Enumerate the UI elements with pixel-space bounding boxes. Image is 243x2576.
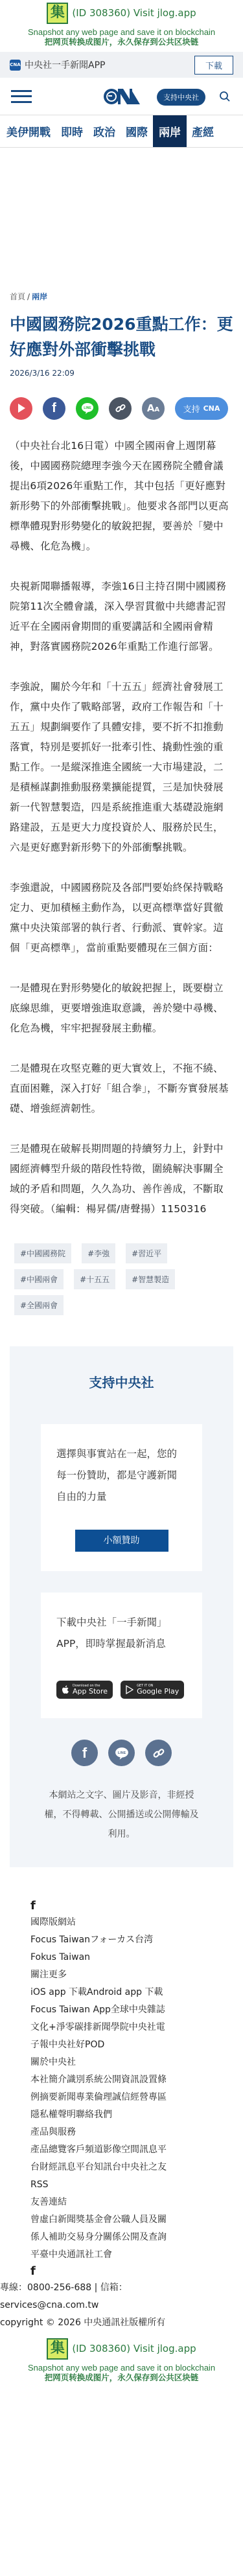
nav-item-politics[interactable]: 政治 (88, 115, 121, 147)
line-icon: LINE (115, 1747, 129, 1760)
jlog-id-text[interactable]: (ID 308360) Visit jlog.app (72, 7, 196, 19)
nav-item-cross-strait[interactable]: 兩岸 (153, 115, 187, 147)
site-header: 支持中央社 (0, 78, 243, 115)
facebook-icon[interactable]: f (30, 2264, 213, 2279)
tag-list: #中國國務院 #李強 #習近平 #中國兩會 #十五五 #智慧製造 #全國兩會 (0, 1239, 201, 1315)
app-store-big: App Store (73, 1688, 108, 1696)
footer-share-buttons: f LINE (10, 1740, 233, 1766)
copyright: copyright © 2026 中央通訊社版權所有 (0, 2314, 243, 2332)
footer-heading-about: 關於中央社 (30, 2054, 213, 2071)
google-play-icon (126, 1685, 133, 1694)
small-donation-button[interactable]: 小額贊助 (75, 1530, 168, 1552)
contact-email[interactable]: services@cna.com.tw (0, 2297, 243, 2314)
footer-link[interactable]: 例摘要新聞專業倫理誠信經營專區 (30, 2089, 213, 2106)
footer-link[interactable]: iOS app 下載Android app 下載 (30, 1984, 213, 2001)
category-nav: 美伊開戰 即時 政治 國際 兩岸 產經 (0, 115, 243, 148)
footer-link[interactable]: 曾虛白新聞獎基金會公職人員及關 (30, 2211, 213, 2229)
article-paragraph: 央視新聞聯播報導，李強16日主持召開中國國務院第11次全體會議，深入學習貫徹中共… (10, 577, 233, 657)
jlog-banner-top: 集 (ID 308360) Visit jlog.app Snapshot an… (0, 0, 243, 52)
cna-logo-icon[interactable] (104, 87, 140, 106)
contact-info: 專線：0800-256-688 | 信箱： services@cna.com.t… (0, 2279, 243, 2332)
svg-text:LINE: LINE (84, 406, 91, 410)
footer-link[interactable]: Fokus Taiwan (30, 1949, 213, 1966)
font-size-button[interactable]: AA (142, 397, 165, 420)
ad-placeholder (0, 148, 243, 288)
facebook-icon[interactable]: f (30, 1898, 213, 1914)
copy-link-button[interactable] (109, 397, 132, 420)
support-heading: 支持中央社 (10, 1372, 233, 1424)
cna-app-logo-icon: CNA (10, 60, 21, 71)
article-date: 2026/3/16 22:09 (0, 362, 243, 383)
copyright-notice: 本網站之文字、圖片及影音，非經授權，不得轉載、公開播送或公開傳輸及利用。 (10, 1766, 233, 1867)
google-play-big: Google Play (137, 1688, 179, 1696)
nav-item-international[interactable]: 國際 (121, 115, 153, 147)
breadcrumb-separator: / (27, 292, 30, 301)
tag-item[interactable]: #習近平 (126, 1243, 167, 1263)
footer-link[interactable]: 平臺中央通訊社工會 (30, 2246, 213, 2264)
copy-link-button-bottom[interactable] (145, 1740, 172, 1766)
app-download-button[interactable]: 下載 (194, 56, 233, 75)
facebook-share-button-bottom[interactable]: f (71, 1740, 98, 1766)
footer-link-rss[interactable]: RSS (30, 2176, 213, 2194)
article-paragraph: 李強說，關於今年和「十五五」經濟社會發展工作，黨中央作了戰略部署，政府工作報告和… (10, 677, 233, 858)
footer-link[interactable]: 文化+淨零碳排新聞學院中央社電 (30, 2019, 213, 2036)
nav-item-business[interactable]: 產經 (187, 115, 219, 147)
facebook-share-button[interactable]: f (43, 397, 65, 420)
tag-item[interactable]: #李強 (82, 1243, 115, 1263)
footer-link[interactable]: 本社簡介識別系統公開資訊設置條 (30, 2071, 213, 2089)
app-download-bar: CNA 中央社一手新聞APP 下載 (0, 52, 243, 78)
footer-link[interactable]: 產品總覽客戶頻道影像空間訊息平 (30, 2141, 213, 2159)
footer-heading-products: 產品與服務 (30, 2124, 213, 2141)
jlog-tagline-en: Snapshot any web page and save it on blo… (0, 2363, 243, 2373)
breadcrumb: 首頁/兩岸 (0, 288, 243, 305)
jlog-tagline-zh: 把网页转换成图片，永久保存到公共区块链 (0, 37, 243, 47)
jlog-icon: 集 (47, 3, 68, 24)
app-card: 下載中央社「一手新聞」APP，即時掌握最新消息 Download on theA… (41, 1593, 202, 1718)
contact-phone: 專線：0800-256-688 | 信箱： (0, 2279, 243, 2297)
tag-item[interactable]: #智慧製造 (126, 1269, 175, 1289)
jlog-icon: 集 (47, 2338, 68, 2360)
search-icon[interactable] (219, 91, 231, 102)
nav-item-realtime[interactable]: 即時 (56, 115, 88, 147)
footer-link[interactable]: 台財經訊息平台知訊台中央社之友 (30, 2159, 213, 2176)
article-paragraph: 三是體現在破解長期問題的持續努力上，針對中國經濟轉型升級的階段性特徵，圍繞解決事… (10, 1139, 233, 1219)
article-paragraph: （中央社台北16日電）中國全國兩會上週閉幕後，中國國務院總理李強今天在國務院全體… (10, 436, 233, 557)
store-buttons: Download on theApp Store GET IT ONGoogle… (56, 1681, 187, 1699)
support-label: 支持 (183, 402, 200, 415)
article-title: 中國國務院2026重點工作：更好應對外部衝擊挑戰 (0, 305, 243, 362)
tag-item[interactable]: #中國兩會 (14, 1269, 64, 1289)
app-pitch: 下載中央社「一手新聞」APP，即時掌握最新消息 (56, 1612, 187, 1655)
jlog-id-text[interactable]: (ID 308360) Visit jlog.app (72, 2343, 196, 2354)
breadcrumb-home[interactable]: 首頁 (10, 292, 25, 301)
support-cna-share-button[interactable]: 支持 CNA (175, 397, 228, 420)
jlog-tagline-en: Snapshot any web page and save it on blo… (0, 27, 243, 37)
play-audio-button[interactable] (10, 397, 32, 420)
jlog-banner-bottom: 集 (ID 308360) Visit jlog.app Snapshot an… (0, 2336, 243, 2387)
footer-heading-international: 國際版網站 (30, 1914, 213, 1931)
facebook-icon: f (82, 1745, 87, 1762)
site-footer: f 國際版網站 Focus Taiwanフォーカス台湾 Fokus Taiwan… (0, 1867, 243, 2279)
app-store-button[interactable]: Download on theApp Store (56, 1681, 113, 1699)
tag-item[interactable]: #中國國務院 (14, 1243, 71, 1263)
footer-link[interactable]: 係人補助交易身分關係公開及查詢 (30, 2229, 213, 2246)
footer-link[interactable]: Focus Taiwan App全球中央雜誌 (30, 2001, 213, 2019)
hamburger-menu-icon[interactable] (10, 87, 33, 106)
tag-item[interactable]: #全國兩會 (14, 1295, 64, 1315)
app-bar-title: 中央社一手新聞APP (25, 58, 194, 71)
support-cna-button[interactable]: 支持中央社 (157, 89, 205, 106)
donate-card: 選擇與事實站在一起，您的每一份贊助，都是守護新聞自由的力量 小額贊助 (41, 1424, 202, 1571)
article-paragraph: 二是體現在攻堅克難的更大實效上，不拖不繞、直面困難，深入打好「組合拳」，不斷夯實… (10, 1059, 233, 1119)
apple-icon (62, 1685, 69, 1694)
breadcrumb-current[interactable]: 兩岸 (32, 292, 47, 301)
article-paragraph: 一是體現在對形勢變化的敏銳把握上，既要樹立底線思維，更要增強進取意識，善於變中尋… (10, 978, 233, 1039)
facebook-icon: f (52, 401, 56, 416)
footer-heading-friendly-links: 友善連結 (30, 2194, 213, 2211)
link-icon (152, 1747, 165, 1760)
support-section: 支持中央社 選擇與事實站在一起，您的每一份贊助，都是守護新聞自由的力量 小額贊助… (10, 1346, 233, 1867)
nav-item-us-iran-war[interactable]: 美伊開戰 (0, 115, 56, 147)
footer-heading-follow: 關注更多 (30, 1966, 213, 1984)
line-share-button[interactable]: LINE (76, 397, 98, 420)
link-icon (115, 402, 126, 414)
svg-text:LINE: LINE (117, 1751, 126, 1755)
article-body: （中央社台北16日電）中國全國兩會上週閉幕後，中國國務院總理李強今天在國務院全體… (0, 422, 243, 1219)
jlog-tagline-zh: 把网页转换成图片，永久保存到公共区块链 (0, 2373, 243, 2382)
donate-pitch: 選擇與事實站在一起，您的每一份贊助，都是守護新聞自由的力量 (56, 1443, 187, 1508)
footer-link[interactable]: 隱私權聲明聯絡我們 (30, 2106, 213, 2124)
article-paragraph: 李強還說，中國國務院及各部門要始終保持戰略定力、更加積極主動作為，以更高標準當好… (10, 878, 233, 958)
line-share-button-bottom[interactable]: LINE (108, 1740, 135, 1766)
footer-link[interactable]: Focus Taiwanフォーカス台湾 (30, 1931, 213, 1949)
cna-logo-icon: CNA (203, 404, 220, 413)
footer-link[interactable]: 子報中央社好POD (30, 2036, 213, 2054)
font-size-icon: AA (147, 402, 159, 414)
line-icon: LINE (81, 402, 94, 414)
share-bar: f LINE AA 支持 CNA (0, 383, 243, 422)
google-play-button[interactable]: GET IT ONGoogle Play (121, 1681, 184, 1699)
tag-item[interactable]: #十五五 (74, 1269, 115, 1289)
play-icon (17, 403, 26, 413)
